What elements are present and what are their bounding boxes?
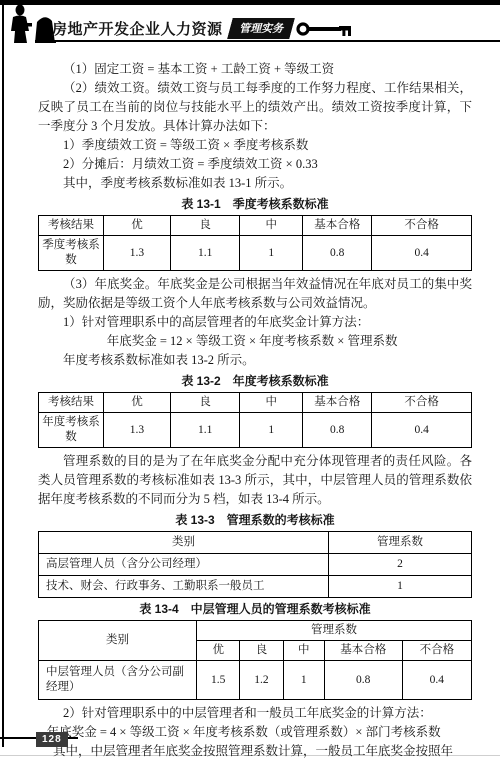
table-row-label: 高层管理人员（含分公司经理） xyxy=(39,554,329,576)
table-header-cell: 中 xyxy=(240,393,303,413)
table-header-cell: 不合格 xyxy=(372,216,472,236)
table-13-1: 考核结果 优 良 中 基本合格 不合格 季度考核系数 1.3 1.1 1 0.8… xyxy=(38,215,472,271)
table-13-3: 类别 管理系数 高层管理人员（含分公司经理） 2 技术、财会、行政事务、工勤职系… xyxy=(38,531,472,598)
table-row-label: 季度考核系数 xyxy=(39,236,104,271)
paragraph-fixed-salary: （1）固定工资 = 基本工资 + 工龄工资 + 等级工资 xyxy=(38,60,472,79)
series-badge-label: 管理实务 xyxy=(239,20,283,36)
paragraph-closing: 其中，中层管理者年底奖金按照管理系数计算，一般员工年底奖金按照年 xyxy=(38,742,472,760)
paragraph-table1-intro: 其中，季度考核系数标准如表 13-1 所示。 xyxy=(38,174,472,193)
table-cell: 1.5 xyxy=(197,661,240,700)
table-header-cell: 类别 xyxy=(39,532,329,554)
table-row: 考核结果 优 良 中 基本合格 不合格 xyxy=(39,393,472,413)
table-row-label: 年度考核系数 xyxy=(39,413,104,448)
key-icon xyxy=(295,20,353,38)
table-cell: 2 xyxy=(329,554,472,576)
header-title-row: 房地产开发企业人力资源 管理实务 xyxy=(52,18,353,39)
paragraph-yearend-bonus: （3）年底奖金。年底奖金是公司根据当年效益情况在年底对员工的集中奖励，奖励依据是… xyxy=(38,275,472,313)
paragraph-management-coefficient: 管理系数的目的是为了在年底奖金分配中充分体现管理者的责任风险。各类人员管理系数的… xyxy=(38,452,472,509)
series-badge: 管理实务 xyxy=(227,18,295,39)
header-divider xyxy=(42,40,500,42)
table-cell: 0.8 xyxy=(303,236,372,271)
table-cell: 1 xyxy=(329,576,472,598)
formula-quarterly-performance: 1）季度绩效工资 = 等级工资 × 季度考核系数 xyxy=(38,136,472,155)
page-number-badge: 128 xyxy=(36,732,68,747)
table-13-2: 考核结果 优 良 中 基本合格 不合格 年度考核系数 1.3 1.1 1 0.8… xyxy=(38,392,472,448)
table-header-cell: 良 xyxy=(171,216,240,236)
table-header-cell: 基本合格 xyxy=(303,393,372,413)
book-title: 房地产开发企业人力资源 xyxy=(52,18,223,39)
table-cell: 1 xyxy=(240,236,303,271)
table-cell: 0.4 xyxy=(402,661,471,700)
table-header-cell: 优 xyxy=(103,393,170,413)
paragraph-senior-method: 1）针对管理职系中的高层管理者的年底奖金计算方法： xyxy=(38,313,472,332)
table-row: 类别 管理系数 xyxy=(39,621,472,641)
table-cell: 1 xyxy=(240,413,303,448)
table-cell: 1.3 xyxy=(103,236,170,271)
table-row: 类别 管理系数 xyxy=(39,532,472,554)
table-header-cell: 优 xyxy=(197,641,240,661)
table-row: 考核结果 优 良 中 基本合格 不合格 xyxy=(39,216,472,236)
book-page: 房地产开发企业人力资源 管理实务 （1）固定工资 = 基本工资 + 工龄工资 +… xyxy=(0,0,500,760)
table-cell: 0.8 xyxy=(303,413,372,448)
table-row-label: 中层管理人员（含分公司副经理） xyxy=(39,661,197,700)
table-13-4: 类别 管理系数 优 良 中 基本合格 不合格 中层管理人员（含分公司副经理） 1… xyxy=(38,620,472,700)
table-header-cell: 类别 xyxy=(39,621,197,661)
table-header-cell: 考核结果 xyxy=(39,393,104,413)
table-cell: 1.3 xyxy=(103,413,170,448)
table-row: 技术、财会、行政事务、工勤职系一般员工 1 xyxy=(39,576,472,598)
table-header-cell: 不合格 xyxy=(372,393,472,413)
table-header-cell: 不合格 xyxy=(402,641,471,661)
table-cell: 1.1 xyxy=(171,236,240,271)
table-row-label: 技术、财会、行政事务、工勤职系一般员工 xyxy=(39,576,329,598)
table-13-1-caption: 表 13-1 季度考核系数标准 xyxy=(38,197,472,212)
paragraph-performance-salary: （2）绩效工资。绩效工资与员工每季度的工作努力程度、工作结果相关，反映了员工在当… xyxy=(38,79,472,136)
table-row: 高层管理人员（含分公司经理） 2 xyxy=(39,554,472,576)
table-cell: 1.2 xyxy=(240,661,283,700)
table-header-cell: 中 xyxy=(240,216,303,236)
table-header-cell: 考核结果 xyxy=(39,216,104,236)
table-header-cell: 良 xyxy=(171,393,240,413)
table-cell: 1 xyxy=(283,661,324,700)
table-13-2-caption: 表 13-2 年度考核系数标准 xyxy=(38,374,472,389)
left-edge-rule xyxy=(2,0,4,747)
table-row: 年度考核系数 1.3 1.1 1 0.8 0.4 xyxy=(39,413,472,448)
paragraph-middle-method: 2）针对管理职系中的中层管理者和一般员工年底奖金的计算方法： xyxy=(38,704,472,723)
table-cell: 0.8 xyxy=(324,661,402,700)
page-content: （1）固定工资 = 基本工资 + 工龄工资 + 等级工资 （2）绩效工资。绩效工… xyxy=(38,46,472,760)
table-header-cell: 中 xyxy=(283,641,324,661)
table-header-cell: 基本合格 xyxy=(303,216,372,236)
table-group-header-cell: 管理系数 xyxy=(197,621,472,641)
table-row: 季度考核系数 1.3 1.1 1 0.8 0.4 xyxy=(39,236,472,271)
paragraph-table2-intro: 年度考核系数标准如表 13-2 所示。 xyxy=(38,351,472,370)
page-header: 房地产开发企业人力资源 管理实务 xyxy=(0,0,500,46)
table-header-cell: 基本合格 xyxy=(324,641,402,661)
table-cell: 0.4 xyxy=(372,236,472,271)
table-header-cell: 优 xyxy=(103,216,170,236)
formula-middle-bonus: 年底奖金 = 4 × 等级工资 × 年度考核系数（或管理系数）× 部门考核系数 xyxy=(38,723,472,742)
formula-senior-bonus: 年底奖金 = 12 × 等级工资 × 年度考核系数 × 管理系数 xyxy=(38,332,472,351)
table-header-cell: 良 xyxy=(240,641,283,661)
table-13-3-caption: 表 13-3 管理系数的考核标准 xyxy=(38,513,472,528)
table-row: 中层管理人员（含分公司副经理） 1.5 1.2 1 0.8 0.4 xyxy=(39,661,472,700)
table-cell: 0.4 xyxy=(372,413,472,448)
table-cell: 1.1 xyxy=(171,413,240,448)
table-header-cell: 管理系数 xyxy=(329,532,472,554)
table-13-4-caption: 表 13-4 中层管理人员的管理系数考核标准 xyxy=(38,602,472,617)
formula-monthly-performance: 2）分摊后：月绩效工资 = 季度绩效工资 × 0.33 xyxy=(38,155,472,174)
